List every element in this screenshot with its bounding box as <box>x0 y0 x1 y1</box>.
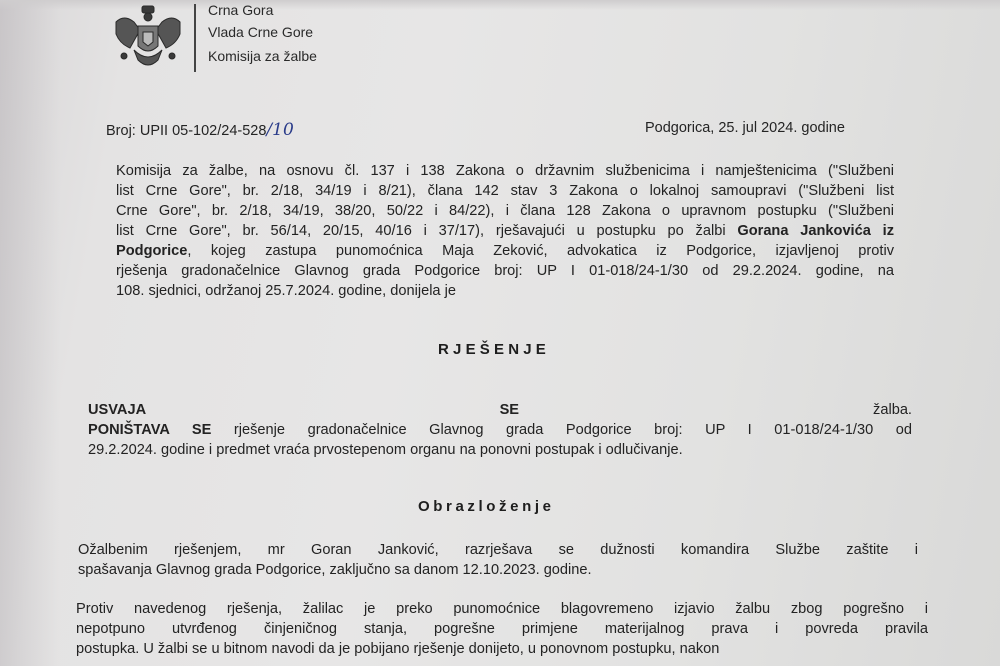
text: , kojeg zastupa punomoćnica Maja Zeković… <box>187 243 894 259</box>
text-line: postupka. U žalbi se u bitnom navodi da … <box>76 639 928 659</box>
text: Komisija za žalbe, na osnovu čl. 137 i 1… <box>116 163 894 179</box>
bold-text: USVAJA SE <box>88 402 519 418</box>
text-line: PONIŠTAVA SE rješenje gradonačelnice Gla… <box>88 420 912 440</box>
text: list Crne Gore", br. 56/14, 20/15, 40/16… <box>116 223 737 239</box>
text-line: 29.2.2024. godine i predmet vraća prvost… <box>88 440 912 460</box>
header-commission: Komisija za žalbe <box>208 48 317 64</box>
reasoning-paragraph-2: Protiv navedenog rješenja, žalilac je pr… <box>76 599 928 659</box>
text-line: Crne Gore", br. 2/18, 34/19, 38/20, 50/2… <box>116 201 894 221</box>
text: spašavanja Glavnog grada Podgorice, zakl… <box>78 562 592 578</box>
text-line: USVAJA SE žalba. <box>88 400 912 420</box>
decision-paragraph: USVAJA SE žalba.PONIŠTAVA SE rješenje gr… <box>88 400 912 460</box>
reference-handwritten-suffix: /10 <box>266 120 293 140</box>
text: Crne Gore", br. 2/18, 34/19, 38/20, 50/2… <box>116 203 894 219</box>
reference-value: UPII 05-102/24-528 <box>140 123 267 139</box>
reference-number: Broj: UPII 05-102/24-528/10 <box>106 120 294 140</box>
reference-label: Broj: <box>106 123 136 139</box>
page-shadow <box>0 0 60 666</box>
text-line: Protiv navedenog rješenja, žalilac je pr… <box>76 599 928 619</box>
montenegro-coat-of-arms-icon <box>110 4 186 72</box>
bold-text: PONIŠTAVA SE <box>88 422 211 438</box>
text-line: spašavanja Glavnog grada Podgorice, zakl… <box>78 560 918 580</box>
text-line: Ožalbenim rješenjem, mr Goran Janković, … <box>78 540 918 560</box>
reasoning-heading: Obrazloženje <box>418 498 555 515</box>
text: 108. sjednici, održanoj 25.7.2024. godin… <box>116 283 456 299</box>
decision-heading: RJEŠENJE <box>438 341 550 358</box>
intro-paragraph: Komisija za žalbe, na osnovu čl. 137 i 1… <box>116 161 894 301</box>
header-government: Vlada Crne Gore <box>208 24 313 40</box>
text-line: list Crne Gore", br. 56/14, 20/15, 40/16… <box>116 221 894 241</box>
reasoning-paragraph-1: Ožalbenim rješenjem, mr Goran Janković, … <box>78 540 918 580</box>
text: rješenje gradonačelnice Glavnog grada Po… <box>211 422 912 438</box>
text-line: Komisija za žalbe, na osnovu čl. 137 i 1… <box>116 161 894 181</box>
text: rješenja gradonačelnice Glavnog grada Po… <box>116 263 894 279</box>
text-line: rješenja gradonačelnice Glavnog grada Po… <box>116 261 894 281</box>
text-line: Podgorice, kojeg zastupa punomoćnica Maj… <box>116 241 894 261</box>
text: nepotpuno utvrđenog činjeničnog stanja, … <box>76 621 928 637</box>
header-divider <box>194 4 196 72</box>
text: 29.2.2024. godine i predmet vraća prvost… <box>88 442 683 458</box>
text-line: 108. sjednici, održanoj 25.7.2024. godin… <box>116 281 894 301</box>
text: žalba. <box>519 402 912 418</box>
text-line: list Crne Gore", br. 2/18, 34/19 i 8/21)… <box>116 181 894 201</box>
text: postupka. U žalbi se u bitnom navodi da … <box>76 641 719 657</box>
bold-text: Podgorice <box>116 243 187 259</box>
text: Ožalbenim rješenjem, mr Goran Janković, … <box>78 542 918 558</box>
text-line: nepotpuno utvrđenog činjeničnog stanja, … <box>76 619 928 639</box>
text: Protiv navedenog rješenja, žalilac je pr… <box>76 601 928 617</box>
bold-text: Gorana Jankovića iz <box>737 223 894 239</box>
text: list Crne Gore", br. 2/18, 34/19 i 8/21)… <box>116 183 894 199</box>
header-country: Crna Gora <box>208 2 273 18</box>
place-date: Podgorica, 25. jul 2024. godine <box>645 120 845 136</box>
